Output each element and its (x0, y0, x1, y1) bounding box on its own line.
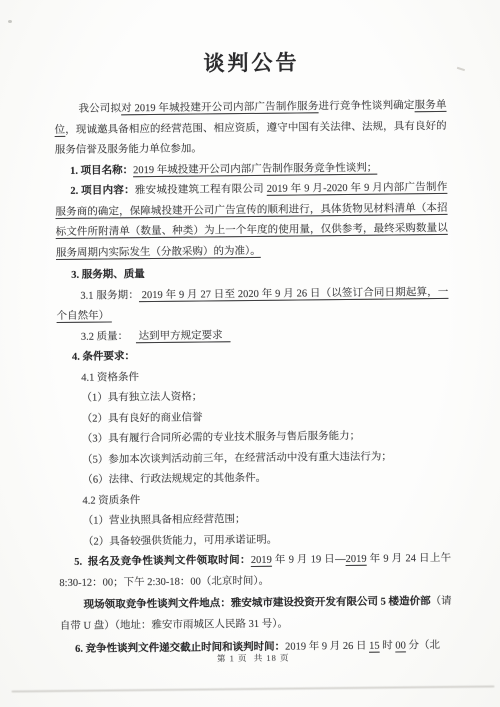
scan-artifact-speck (8, 20, 12, 23)
document-title: 谈判公告 (54, 48, 446, 78)
pickup-location-paragraph: 现场领取竞争性谈判文件地点：雅安城市建设投资开发有限公司 5 楼造价部（请自带 … (60, 592, 452, 637)
intro-text-pre: 我公司拟 (78, 103, 121, 114)
item-5-label: 5. 报名及竞争性谈判文件领取时间： (74, 555, 251, 568)
item-3-1-service-period: 3.1 服务期： 2019 年 9 月 27 日至 2020 年 9 月 26 … (56, 282, 448, 327)
intro-text-mid: 进行竞争性谈判确定 (318, 100, 414, 112)
item-1-value: 2019 年城投建开公司内部广告制作服务竞争性谈判； (133, 162, 377, 176)
document-body: 谈判公告 我公司拟对 2019 年城投建开公司内部广告制作服务进行竞争性谈判确定… (0, 0, 500, 707)
item-5-registration-time: 5. 报名及竞争性谈判文件领取时间：2019 年 9 月 19 日—2019 年… (59, 549, 451, 594)
item-5-year-2: 2019 (346, 554, 367, 565)
item-3-2-value: 达到甲方规定要求 (136, 330, 231, 342)
item-2-company: 雅安城投建筑工程有限公司 (135, 184, 267, 196)
section-4-heading-text: 4. 条件要求： (72, 351, 135, 363)
item-1-label: 1. 项目名称： (70, 165, 133, 177)
section-3-heading-text: 3. 服务期、质量 (71, 269, 145, 281)
scan-artifact-bottom-line (12, 685, 495, 692)
item-2-project-content: 2. 项目内容：雅安城投建筑工程有限公司 2019 年 9 月-2020 年 9… (55, 178, 448, 264)
intro-text-post: ，现诚邀具备相应的经营范围、相应资质，遵守中国有关法律、法规，具有良好的服务信誉… (55, 120, 447, 156)
item-3-2-label: 3.2 质量： (81, 331, 128, 342)
item-5-text-mid: 年 9 月 19 日— (272, 554, 346, 566)
item-2-label: 2. 项目内容： (70, 185, 135, 197)
item-3-1-label: 3.1 服务期： (80, 290, 139, 302)
pickup-location-label: 现场领取竞争性谈判文件地点：雅安城市建设投资开发有限公司 5 楼造价部 (84, 596, 431, 611)
intro-paragraph: 我公司拟对 2019 年城投建开公司内部广告制作服务进行竞争性谈判确定服务单位，… (54, 96, 447, 162)
item-5-year-1: 2019 (251, 555, 272, 566)
scanned-page: 谈判公告 我公司拟对 2019 年城投建开公司内部广告制作服务进行竞争性谈判确定… (0, 0, 500, 707)
intro-underline-subject: 对 2019 年城投建开公司内部广告制作服务 (121, 101, 318, 114)
qualification-item-5: （5）参加本次谈判活动前三年，在经营活动中没有重大违法行为； (58, 446, 450, 471)
